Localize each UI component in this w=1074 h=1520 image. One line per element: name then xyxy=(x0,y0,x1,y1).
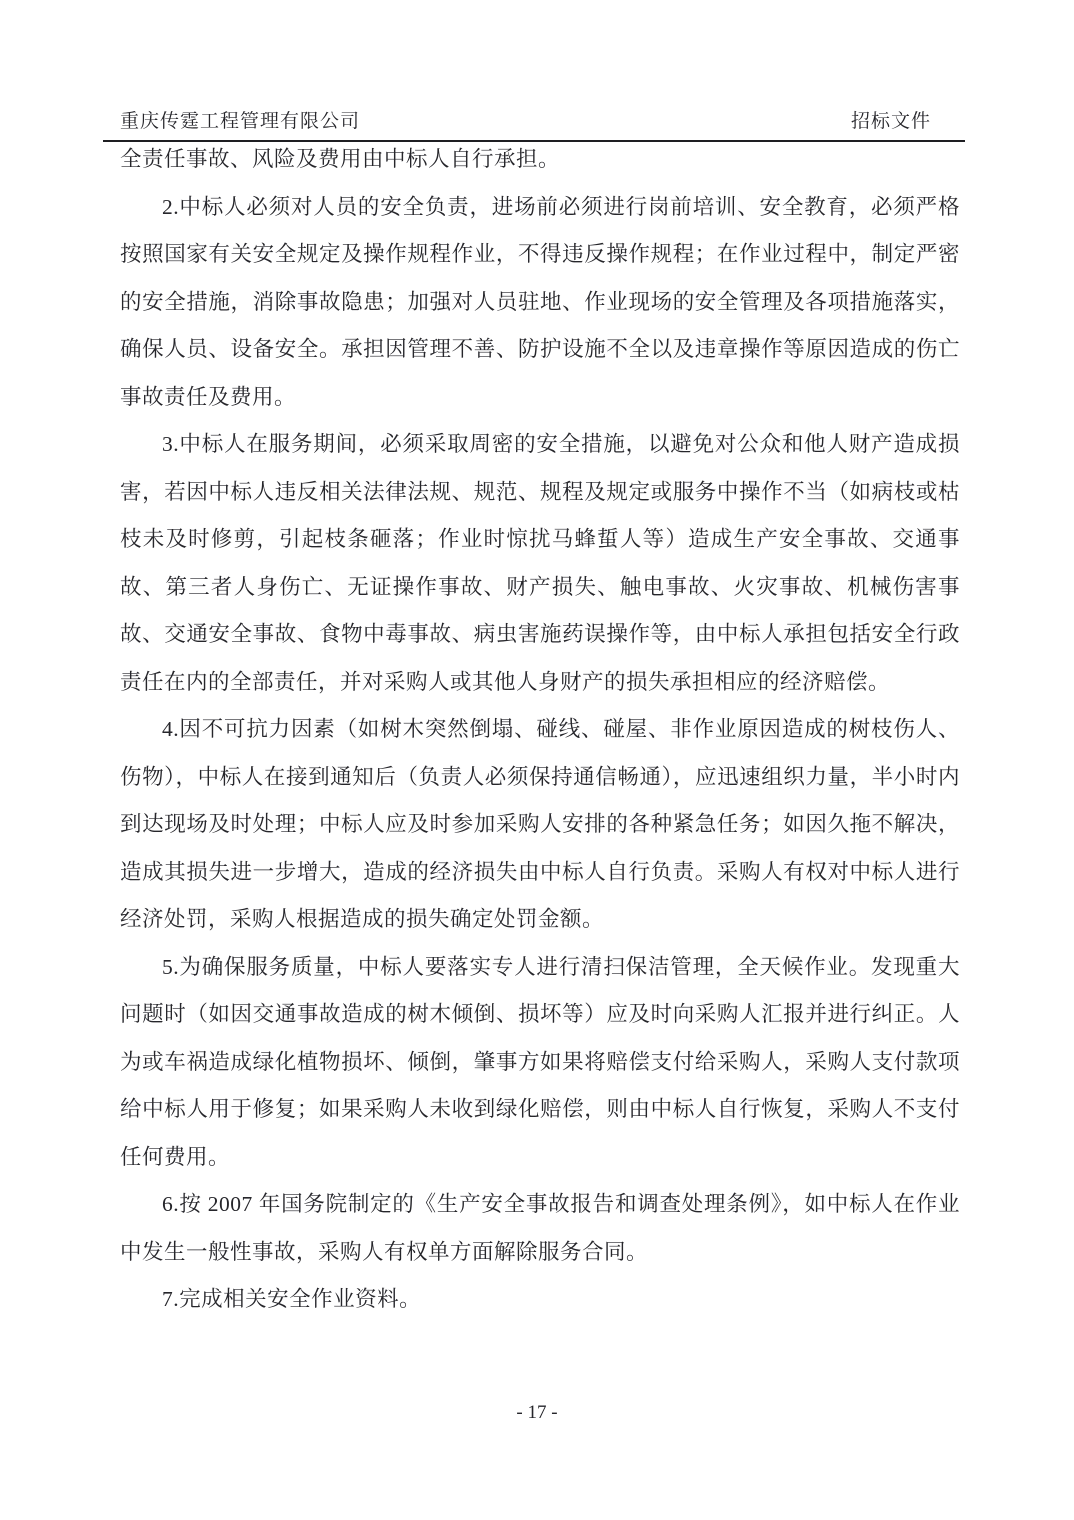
paragraph-clause-6: 6.按 2007 年国务院制定的《生产安全事故报告和调查处理条例》，如中标人在作… xyxy=(120,1181,960,1276)
paragraph-clause-4: 4.因不可抗力因素（如树木突然倒塌、碰线、碰屋、非作业原因造成的树枝伤人、伤物）… xyxy=(120,706,960,944)
paragraph-clause-5: 5.为确保服务质量，中标人要落实专人进行清扫保洁管理，全天候作业。发现重大问题时… xyxy=(120,944,960,1182)
header-company-name: 重庆传霆工程管理有限公司 xyxy=(120,106,360,133)
paragraph-continuation: 全责任事故、风险及费用由中标人自行承担。 xyxy=(120,136,960,184)
document-body: 全责任事故、风险及费用由中标人自行承担。 2.中标人必须对人员的安全负责，进场前… xyxy=(120,136,960,1324)
page-number: - 17 - xyxy=(0,1402,1074,1424)
paragraph-clause-7: 7.完成相关安全作业资料。 xyxy=(120,1276,960,1324)
paragraph-clause-2: 2.中标人必须对人员的安全负责，进场前必须进行岗前培训、安全教育，必须严格按照国… xyxy=(120,184,960,422)
document-page: 重庆传霆工程管理有限公司 招标文件 全责任事故、风险及费用由中标人自行承担。 2… xyxy=(0,0,1074,1520)
header-document-type: 招标文件 xyxy=(851,106,931,133)
paragraph-clause-3: 3.中标人在服务期间，必须采取周密的安全措施，以避免对公众和他人财产造成损害，若… xyxy=(120,421,960,706)
